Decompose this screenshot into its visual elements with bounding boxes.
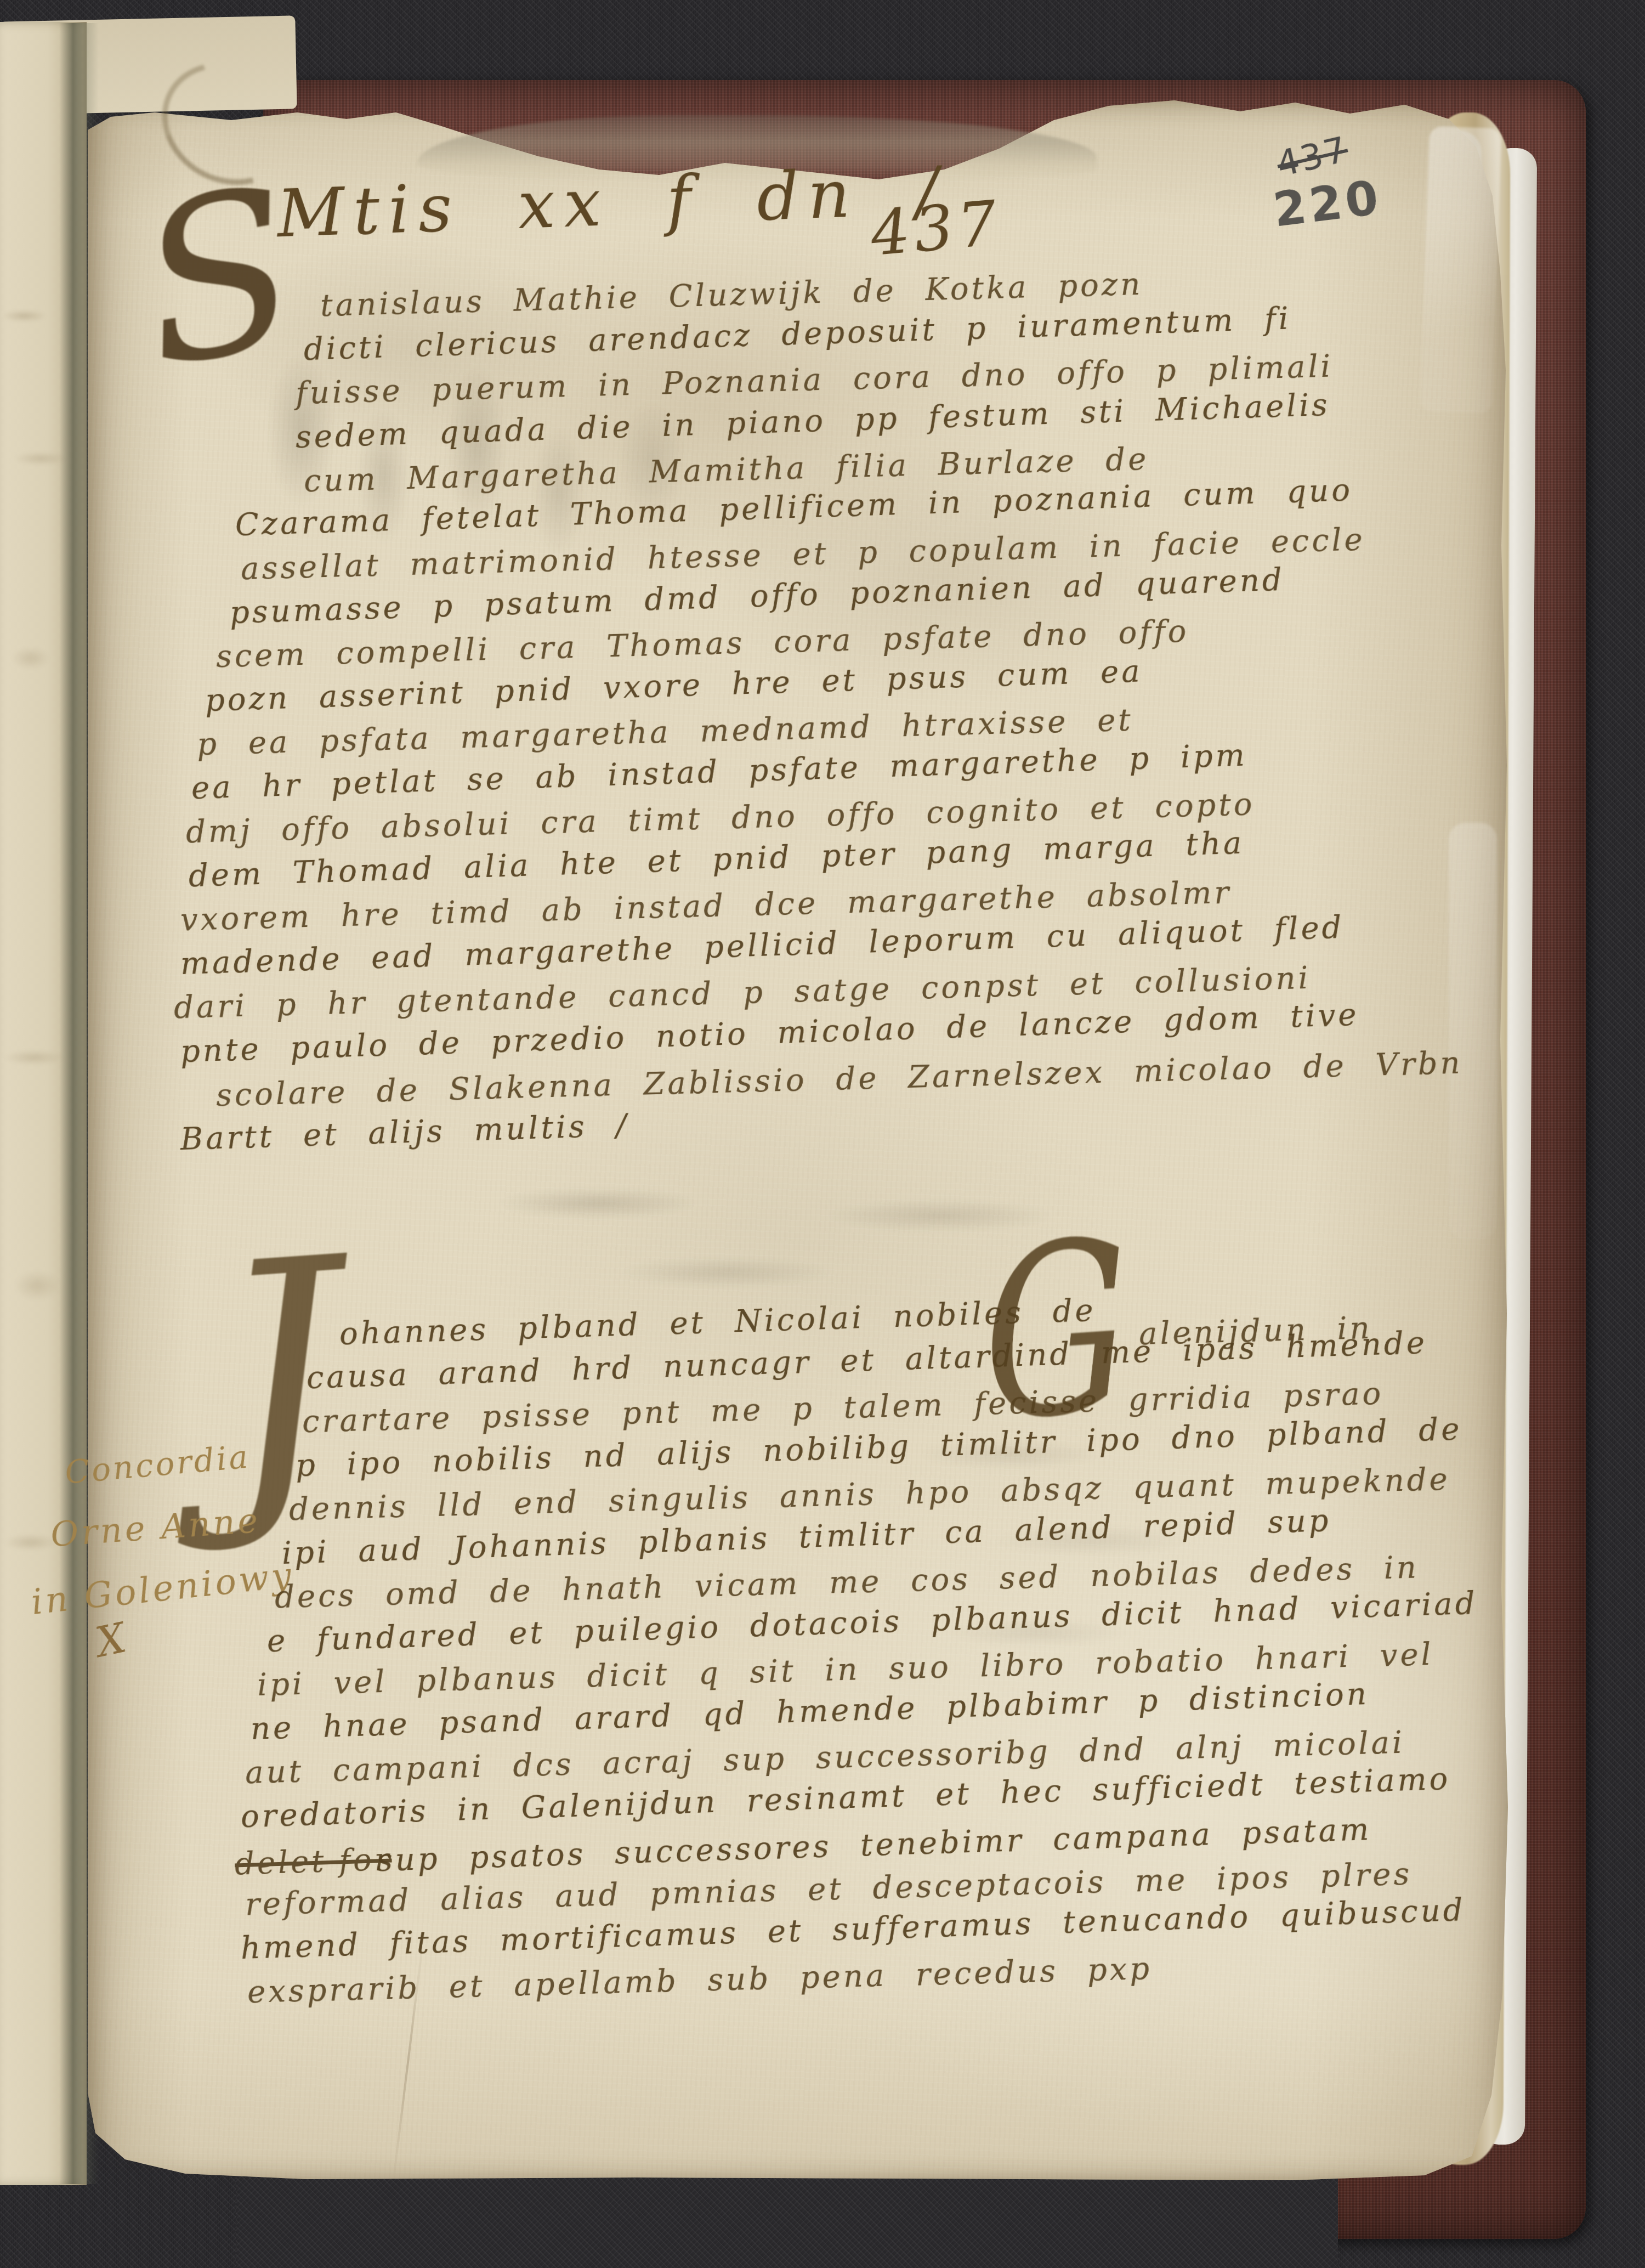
header-folio-ink: 437 bbox=[868, 188, 1004, 270]
manuscript-photo-scene: Mtis xx f dn / 437 437 220 S tanislaus M… bbox=[0, 0, 1645, 2268]
struck-out-word: delet for bbox=[234, 1842, 392, 1882]
tape-shine bbox=[1420, 126, 1502, 414]
tape-shine-lower bbox=[1449, 823, 1497, 1240]
fabric-backdrop-patch bbox=[236, 2168, 1338, 2268]
